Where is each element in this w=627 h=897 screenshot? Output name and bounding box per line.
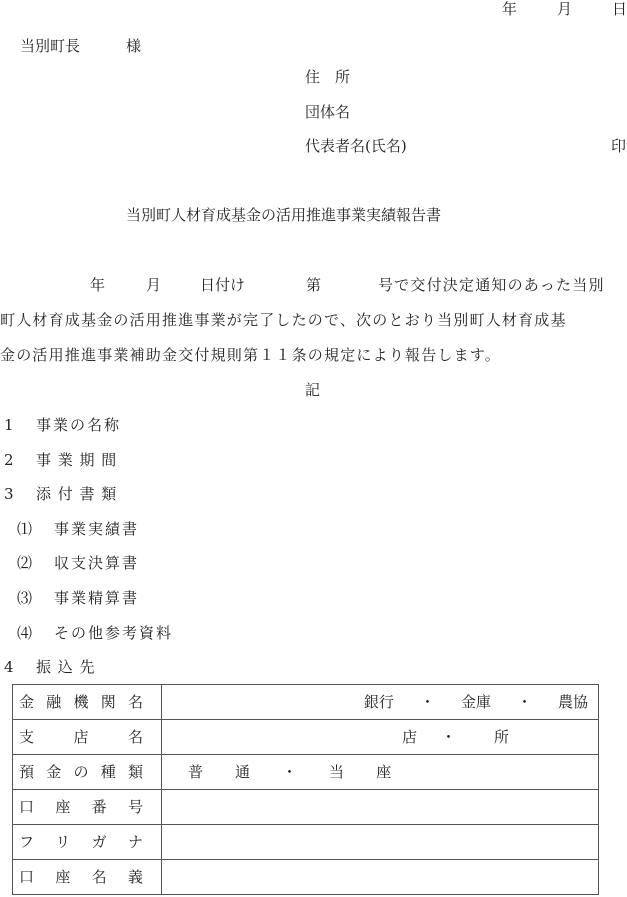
separator: ・ xyxy=(282,763,297,781)
attachment-2-label: 収支決算書 xyxy=(54,554,139,572)
label-char: 融 xyxy=(46,693,61,711)
item-4-label: 振 込 先 xyxy=(36,658,96,676)
body-line3: 金の活用推進事業補助金交付規則第１１条の規定により報告します。 xyxy=(0,346,501,364)
ki-mark: 記 xyxy=(305,381,320,399)
item-3-label: 添 付 書 類 xyxy=(36,485,117,503)
seal-mark: 印 xyxy=(611,137,626,155)
bank-transfer-table: 金 融 機 関 名 銀行 ・ 金庫 ・ 農協 支 店 名 xyxy=(12,684,599,895)
item-1-no: 1 xyxy=(4,416,14,434)
table-row-account-holder: 口 座 名 義 xyxy=(13,860,599,895)
label-char: 座 xyxy=(55,798,70,816)
value-account-number[interactable] xyxy=(162,790,599,825)
option-branch-sho: 所 xyxy=(494,728,509,746)
body-line2: 町人材育成基金の活用推進事業が完了したので、次のとおり当別町人材育成基 xyxy=(0,311,567,329)
option-shinkin: 金庫 xyxy=(461,693,491,711)
label-char: 類 xyxy=(128,763,143,781)
address-label: 住 所 xyxy=(305,68,350,86)
item-2-label: 事 業 期 間 xyxy=(36,451,117,469)
label-char: 座 xyxy=(55,868,70,886)
body-no-prefix: 第 xyxy=(306,276,321,294)
body-day: 日付け xyxy=(200,276,245,294)
label-char: 関 xyxy=(101,693,116,711)
table-row-deposit-type: 預 金 の 種 類 普 通 ・ 当 座 xyxy=(13,755,599,790)
separator: ・ xyxy=(441,728,456,746)
option-touza-2: 座 xyxy=(376,763,391,781)
date-day: 日 xyxy=(612,0,627,18)
label-furigana: フ リ ガ ナ xyxy=(13,825,162,860)
label-char: リ xyxy=(55,833,70,851)
attachment-1-no: ⑴ xyxy=(17,520,32,538)
body-line1-rest: 号で交付決定通知のあった当別 xyxy=(378,276,605,294)
body-month: 月 xyxy=(146,276,161,294)
label-char: 名 xyxy=(128,728,143,746)
label-char: 機 xyxy=(73,693,88,711)
value-furigana[interactable] xyxy=(162,825,599,860)
option-futsu-1: 普 xyxy=(188,763,203,781)
label-char: 支 xyxy=(19,728,34,746)
table-row-financial-institution: 金 融 機 関 名 銀行 ・ 金庫 ・ 農協 xyxy=(13,685,599,720)
label-char: ナ xyxy=(128,833,143,851)
label-char: 口 xyxy=(19,798,34,816)
value-financial-institution[interactable]: 銀行 ・ 金庫 ・ 農協 xyxy=(162,685,599,720)
org-label: 団体名 xyxy=(305,103,350,121)
label-deposit-type: 預 金 の 種 類 xyxy=(13,755,162,790)
label-branch: 支 店 名 xyxy=(13,720,162,755)
label-char: フ xyxy=(19,833,34,851)
option-nokyo: 農協 xyxy=(558,693,588,711)
table-row-branch: 支 店 名 店 ・ 所 xyxy=(13,720,599,755)
label-char: 号 xyxy=(128,798,143,816)
value-account-holder[interactable] xyxy=(162,860,599,895)
label-char: 番 xyxy=(92,798,107,816)
item-4-no: 4 xyxy=(4,658,14,676)
separator: ・ xyxy=(420,693,435,711)
value-deposit-type[interactable]: 普 通 ・ 当 座 xyxy=(162,755,599,790)
item-2-no: 2 xyxy=(4,451,14,469)
option-touza-1: 当 xyxy=(329,763,344,781)
option-branch-ten: 店 xyxy=(402,728,417,746)
label-account-number: 口 座 番 号 xyxy=(13,790,162,825)
label-char: 義 xyxy=(128,868,143,886)
attachment-4-label: その他参考資料 xyxy=(54,624,173,642)
label-char: 金 xyxy=(19,693,34,711)
label-char: の xyxy=(73,763,88,781)
label-char: ガ xyxy=(92,833,107,851)
rep-label: 代表者名(氏名) xyxy=(305,137,407,155)
date-month: 月 xyxy=(557,0,572,18)
label-char: 種 xyxy=(101,763,116,781)
option-futsu-2: 通 xyxy=(235,763,250,781)
label-financial-institution: 金 融 機 関 名 xyxy=(13,685,162,720)
label-char: 名 xyxy=(128,693,143,711)
item-1-label: 事業の名称 xyxy=(36,416,121,434)
label-account-holder: 口 座 名 義 xyxy=(13,860,162,895)
addressee: 当別町長 xyxy=(20,37,80,55)
body-year: 年 xyxy=(90,276,105,294)
table-row-furigana: フ リ ガ ナ xyxy=(13,825,599,860)
addressee-honorific: 様 xyxy=(126,37,141,55)
value-branch[interactable]: 店 ・ 所 xyxy=(162,720,599,755)
attachment-1-label: 事業実績書 xyxy=(54,520,139,538)
item-3-no: 3 xyxy=(4,485,14,503)
attachment-4-no: ⑷ xyxy=(17,624,32,642)
date-year: 年 xyxy=(502,0,517,18)
label-char: 店 xyxy=(73,728,88,746)
attachment-3-label: 事業精算書 xyxy=(54,589,139,607)
document-title: 当別町人材育成基金の活用推進事業実績報告書 xyxy=(126,206,441,224)
label-char: 口 xyxy=(19,868,34,886)
attachment-3-no: ⑶ xyxy=(17,589,32,607)
table-row-account-number: 口 座 番 号 xyxy=(13,790,599,825)
attachment-2-no: ⑵ xyxy=(17,554,32,572)
option-bank: 銀行 xyxy=(364,693,394,711)
label-char: 名 xyxy=(92,868,107,886)
label-char: 預 xyxy=(19,763,34,781)
separator: ・ xyxy=(517,693,532,711)
label-char: 金 xyxy=(46,763,61,781)
